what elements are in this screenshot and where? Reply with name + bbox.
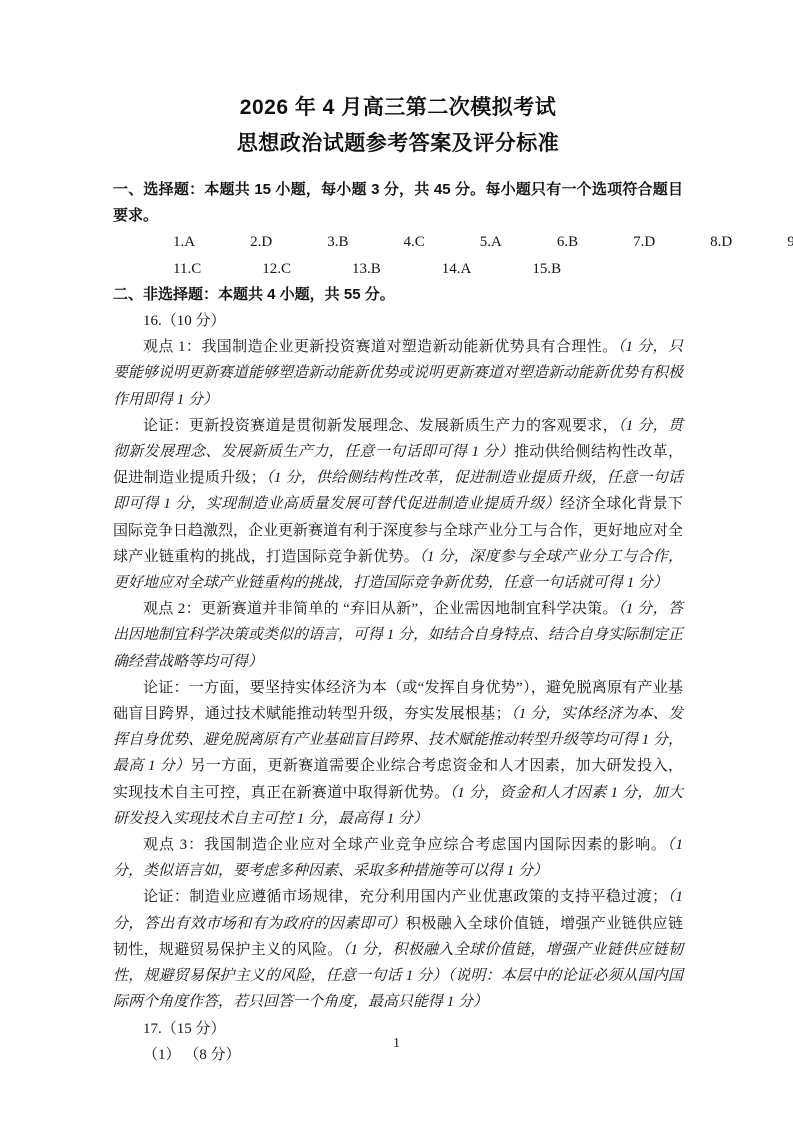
choice-answers-row-2: 11.C12.C13.B14.A15.B: [113, 256, 683, 282]
choice-answers-row-1: 1.A2.D3.B4.C5.A6.B7.D8.D9.B10.D: [113, 229, 683, 255]
answer-text-run: 观点 2：更新赛道并非简单的 “弃旧从新”，企业需因地制宜科学决策。: [143, 601, 618, 617]
document-title: 2026 年 4 月高三第二次模拟考试 思想政治试题参考答案及评分标准: [113, 90, 683, 162]
answer-text-run: 论证：更新投资赛道是贯彻新发展理念、发展新质生产力的客观要求，: [143, 418, 618, 434]
answer-text-run: 观点 3：我国制造企业应对全球产业竞争应综合考虑国内国际因素的影响。: [143, 837, 667, 853]
title-line-2: 思想政治试题参考答案及评分标准: [113, 126, 683, 162]
document-body: 一、选择题：本题共 15 小题，每小题 3 分，共 45 分。每小题只有一个选项…: [113, 177, 683, 1068]
answer-item: 9.B: [757, 229, 793, 255]
answer-item: 4.C: [373, 229, 424, 255]
answer-item: 1.A: [143, 229, 195, 255]
document-page: 2026 年 4 月高三第二次模拟考试 思想政治试题参考答案及评分标准 一、选择…: [113, 0, 683, 1122]
answer-item: 8.D: [680, 229, 732, 255]
answer-paragraph: 论证：更新投资赛道是贯彻新发展理念、发展新质生产力的客观要求，（1 分，贯彻新发…: [113, 413, 683, 596]
answer-item: 2.D: [220, 229, 272, 255]
answer-paragraph: 论证：一方面，要坚持实体经济为本（或“发挥自身优势”），避免脱离原有产业基础盲目…: [113, 675, 683, 832]
page-number: 1: [0, 1036, 793, 1052]
answer-paragraph: 观点 2：更新赛道并非简单的 “弃旧从新”，企业需因地制宜科学决策。（1 分，答…: [113, 596, 683, 675]
answer-paragraph: 观点 1：我国制造企业更新投资赛道对塑造新动能新优势具有合理性。（1 分，只要能…: [113, 334, 683, 413]
answer-item: 7.D: [603, 229, 655, 255]
answer-item: 6.B: [527, 229, 578, 255]
answer-paragraph: 观点 3：我国制造企业应对全球产业竞争应综合考虑国内国际因素的影响。（1 分，类…: [113, 832, 683, 884]
question-16-answer: 观点 1：我国制造企业更新投资赛道对塑造新动能新优势具有合理性。（1 分，只要能…: [113, 334, 683, 1015]
question-16-label: 16.（10 分）: [113, 308, 683, 334]
answer-item: 3.B: [297, 229, 348, 255]
answer-text-run: 论证：制造业应遵循市场规律，充分利用国内产业优惠政策的支持平稳过渡；: [143, 889, 667, 905]
title-line-1: 2026 年 4 月高三第二次模拟考试: [113, 90, 683, 126]
answer-item: 5.A: [450, 229, 502, 255]
section-heading-choice: 一、选择题：本题共 15 小题，每小题 3 分，共 45 分。每小题只有一个选项…: [113, 177, 683, 229]
answer-item: 15.B: [502, 256, 561, 282]
answer-paragraph: 论证：制造业应遵循市场规律，充分利用国内产业优惠政策的支持平稳过渡；（1 分，答…: [113, 884, 683, 1015]
section-heading-noncho: 二、非选择题：本题共 4 小题，共 55 分。: [113, 282, 683, 308]
answer-item: 12.C: [232, 256, 291, 282]
answer-item: 11.C: [143, 256, 201, 282]
answer-item: 13.B: [322, 256, 381, 282]
answer-item: 14.A: [412, 256, 472, 282]
answer-text-run: 观点 1：我国制造企业更新投资赛道对塑造新动能新优势具有合理性。: [143, 339, 618, 355]
